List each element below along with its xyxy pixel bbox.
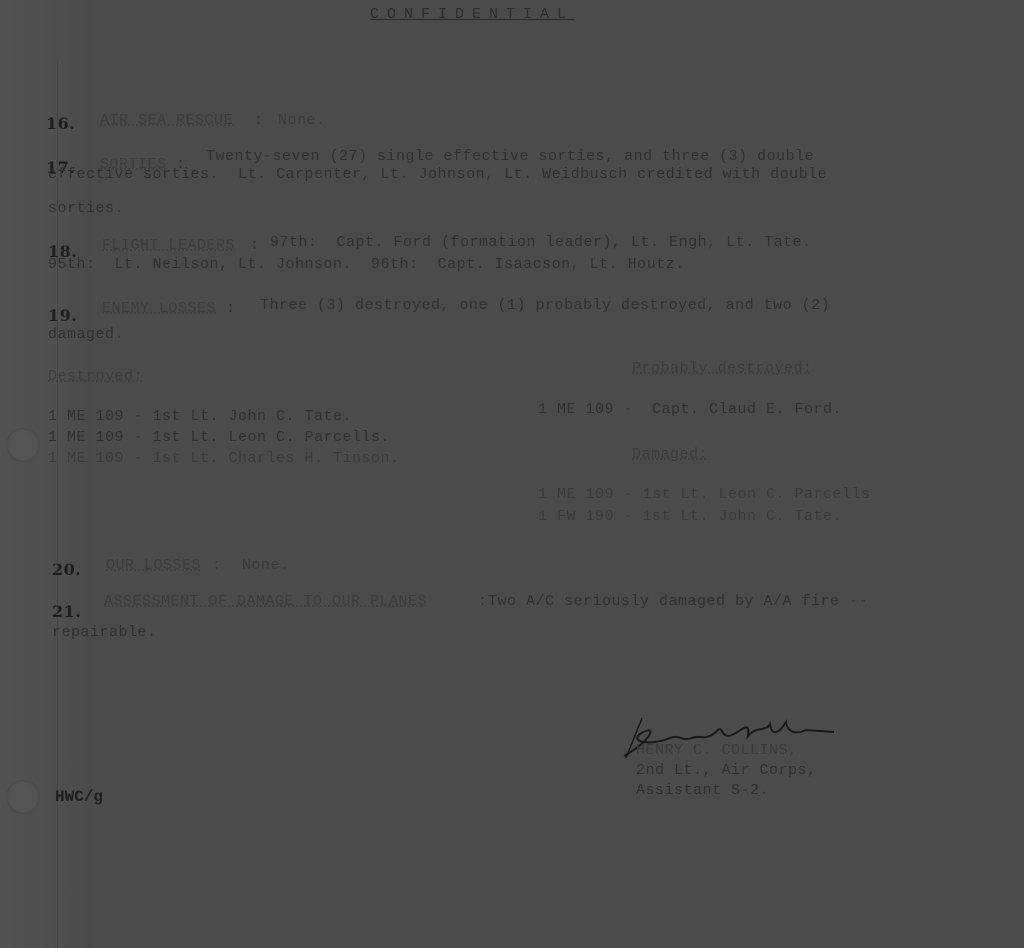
- margin-rule: [57, 60, 58, 948]
- damaged-title: Damaged:: [632, 446, 708, 463]
- destroyed-entry: 1 ME 109 - 1st Lt. Charles H. Tinson.: [48, 450, 400, 467]
- item-line: repairable.: [52, 624, 157, 641]
- item-line: Three (3) destroyed, one (1) probably de…: [260, 297, 830, 314]
- document-page: CONFIDENTIAL 16. AIR SEA RESCUE : None. …: [0, 0, 1024, 948]
- destroyed-entry: 1 ME 109 - 1st Lt. John C. Tate.: [48, 408, 352, 425]
- item-colon: :: [226, 300, 236, 317]
- item-line: effective sorties. Lt. Carpenter, Lt. Jo…: [48, 166, 827, 183]
- item-number: 21.: [52, 602, 81, 621]
- item-line: Twenty-seven (27) single effective sorti…: [206, 148, 814, 165]
- item-colon: :: [250, 237, 260, 254]
- punch-hole: [6, 428, 40, 462]
- signatory-rank: 2nd Lt., Air Corps,: [636, 762, 817, 779]
- destroyed-title: Destroyed:: [48, 368, 143, 385]
- item-colon: :: [254, 112, 264, 129]
- item-text: None.: [278, 112, 326, 129]
- item-line: 95th: Lt. Neilson, Lt. Johnson. 96th: Ca…: [48, 256, 685, 273]
- item-colon: :: [212, 557, 222, 574]
- item-line: damaged.: [48, 326, 124, 343]
- punch-hole: [6, 780, 40, 814]
- damaged-entry: 1 FW 190 - 1st Lt. John C. Tate.: [538, 508, 842, 525]
- signatory-name: HENRY C. COLLINS,: [636, 742, 798, 759]
- signatory-title: Assistant S-2.: [636, 782, 769, 799]
- probably-destroyed-title: Probably destroyed:: [632, 360, 813, 377]
- item-number: 16.: [46, 114, 75, 133]
- item-heading: FLIGHT LEADERS: [102, 237, 235, 254]
- item-heading: OUR LOSSES: [106, 557, 201, 574]
- damaged-entry: 1 ME 109 - 1st Lt. Leon C. Parcells: [538, 486, 871, 503]
- item-line: 97th: Capt. Ford (formation leader), Lt.…: [270, 234, 812, 251]
- classification-header: CONFIDENTIAL: [370, 6, 574, 23]
- destroyed-entry: 1 ME 109 - 1st Lt. Leon C. Parcells.: [48, 429, 390, 446]
- item-heading: AIR SEA RESCUE: [100, 112, 233, 129]
- item-number: 20.: [52, 560, 81, 579]
- item-heading: ENEMY LOSSES: [102, 300, 216, 317]
- item-colon: :: [478, 593, 488, 610]
- item-line: Two A/C seriously damaged by A/A fire --: [488, 593, 868, 610]
- probably-destroyed-entry: 1 ME 109 - Capt. Claud E. Ford.: [538, 401, 842, 418]
- item-heading: ASSESSMENT OF DAMAGE TO OUR PLANES: [104, 593, 427, 610]
- item-text: None.: [242, 557, 290, 574]
- item-line: sorties.: [48, 200, 124, 217]
- item-number: 19.: [48, 306, 77, 325]
- typist-initials: HWC/g: [55, 788, 103, 806]
